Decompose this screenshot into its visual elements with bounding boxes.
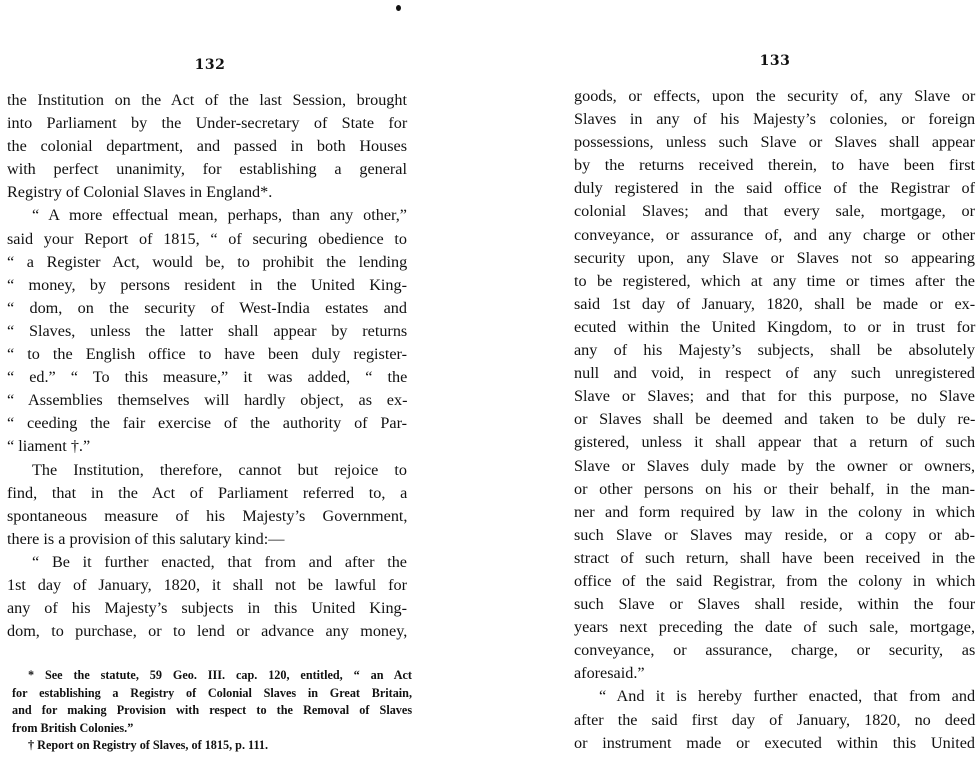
text-line: such Slave or Slaves may reside, or a co… (574, 524, 975, 547)
text-line: “ Slaves, unless the latter shall appear… (7, 320, 407, 343)
text-line: “ liament †.” (7, 435, 407, 458)
text-line: Slave or Slaves; and that for this purpo… (574, 385, 975, 408)
text-line: dom, to purchase, or to lend or advance … (7, 620, 407, 643)
text-line: with perfect unanimity, for establishing… (7, 158, 407, 181)
text-line: or Slaves shall be deemed and taken to b… (574, 408, 975, 431)
text-line: the colonial department, and passed in b… (7, 135, 407, 158)
ink-speck (396, 5, 401, 11)
text-line: to be registered, which at any time or t… (574, 270, 975, 293)
text-line: 1st day of January, 1820, it shall not b… (7, 574, 407, 597)
page-number: 133 (574, 53, 976, 69)
text-line: “ to the English office to have been dul… (7, 343, 407, 366)
text-line: into Parliament by the Under-secretary o… (7, 112, 407, 135)
text-line: there is a provision of this salutary ki… (7, 528, 407, 551)
text-line: office of the said Registrar, from the c… (574, 570, 975, 593)
page-number: 132 (0, 57, 420, 73)
text-line: such Slave or Slaves shall reside, withi… (574, 593, 975, 616)
text-line: “ And it is hereby further enacted, that… (574, 685, 975, 708)
text-line: conveyance, or assurance of, and any cha… (574, 224, 975, 247)
text-line: any of his Majesty’s subjects, shall be … (574, 339, 975, 362)
footnotes: * See the statute, 59 Geo. III. cap. 120… (12, 667, 412, 755)
text-line: The Institution, therefore, cannot but r… (7, 459, 407, 482)
text-line: by the returns received therein, to have… (574, 154, 975, 177)
footnote-line: for establishing a Registry of Colonial … (12, 685, 412, 703)
text-line: null and void, in respect of any such un… (574, 362, 975, 385)
text-line: aforesaid.” (574, 662, 975, 685)
text-line: possessions, unless such Slave or Slaves… (574, 131, 975, 154)
text-line: “ A more effectual mean, perhaps, than a… (7, 204, 407, 227)
text-line: colonial Slaves; and that every sale, mo… (574, 200, 975, 223)
text-line: “ Be it further enacted, that from and a… (7, 551, 407, 574)
text-line: conveyance, or assurance, charge, or sec… (574, 639, 975, 662)
text-line: or instrument made or executed within th… (574, 732, 975, 755)
text-line: “ ed.” “ To this measure,” it was added,… (7, 366, 407, 389)
text-line: Registry of Colonial Slaves in England*. (7, 181, 407, 204)
text-line: gistered, unless it shall appear that a … (574, 431, 975, 454)
text-line: or other persons on his or their behalf,… (574, 478, 975, 501)
text-line: goods, or effects, upon the security of,… (574, 85, 975, 108)
text-line: stract of such return, shall have been r… (574, 547, 975, 570)
body-text: goods, or effects, upon the security of,… (574, 85, 975, 755)
body-text: the Institution on the Act of the last S… (7, 89, 407, 643)
text-line: “ money, by persons resident in the Unit… (7, 274, 407, 297)
text-line: Slave or Slaves duly made by the owner o… (574, 455, 975, 478)
text-line: the Institution on the Act of the last S… (7, 89, 407, 112)
text-line: years next preceding the date of such sa… (574, 616, 975, 639)
text-line: ner and form required by law in the colo… (574, 501, 975, 524)
text-line: “ ceeding the fair exercise of the autho… (7, 412, 407, 435)
footnote-line: * See the statute, 59 Geo. III. cap. 120… (12, 667, 412, 685)
text-line: ecuted within the United Kingdom, to or … (574, 316, 975, 339)
text-line: said 1st day of January, 1820, shall be … (574, 293, 975, 316)
text-line: after the said first day of January, 182… (574, 709, 975, 732)
text-line: any of his Majesty’s subjects in this Un… (7, 597, 407, 620)
text-line: “ Assemblies themselves will hardly obje… (7, 389, 407, 412)
footnote-line: and for making Provision with respect to… (12, 702, 412, 720)
footnote-line: † Report on Registry of Slaves, of 1815,… (12, 737, 412, 755)
text-line: said your Report of 1815, “ of securing … (7, 228, 407, 251)
text-line: Slaves in any of his Majesty’s colonies,… (574, 108, 975, 131)
footnote-line: from British Colonies.” (12, 720, 412, 738)
text-line: “ a Register Act, would be, to prohibit … (7, 251, 407, 274)
text-line: duly registered in the said office of th… (574, 177, 975, 200)
text-line: security upon, any Slave or Slaves not s… (574, 247, 975, 270)
text-line: spontaneous measure of his Majesty’s Gov… (7, 505, 407, 528)
text-line: find, that in the Act of Parliament refe… (7, 482, 407, 505)
text-line: “ dom, on the security of West-India est… (7, 297, 407, 320)
